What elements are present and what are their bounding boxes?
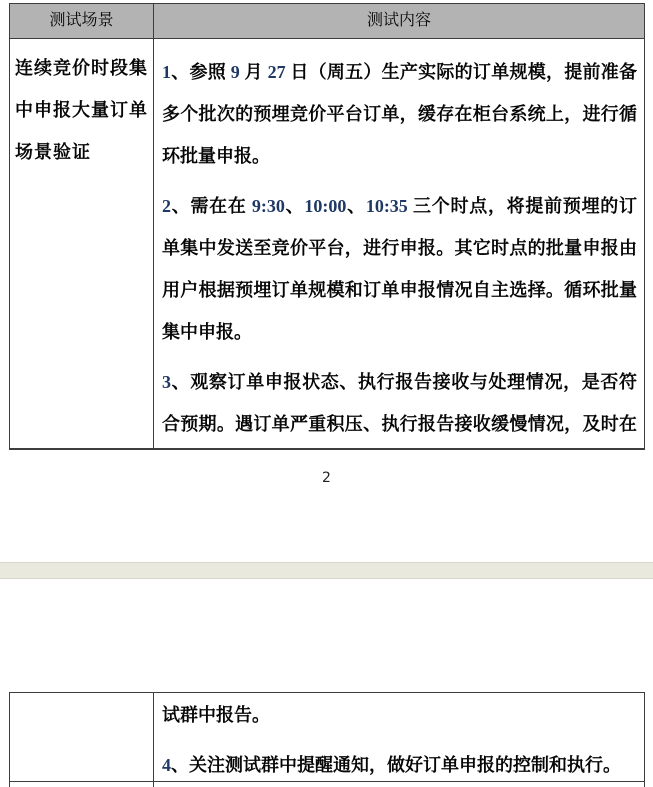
scenario-cell-empty bbox=[10, 693, 154, 781]
paragraph: 1、参照 9 月 27 日（周五）生产实际的订单规模，提前准备多个批次的预埋竞价… bbox=[162, 51, 637, 177]
numeral-text: 2 bbox=[162, 196, 171, 216]
scenario-cell: 连续竞价时段集中申报大量订单场景验证 bbox=[10, 39, 154, 448]
page-number: 2 bbox=[0, 470, 653, 486]
numeral-text: 1 bbox=[162, 62, 171, 82]
page-separator bbox=[0, 562, 653, 579]
next-table-row-stub bbox=[10, 782, 644, 787]
numeral-text: 3 bbox=[162, 372, 171, 392]
test-plan-table-continued: 试群中报告。4、关注测试群中提醒通知，做好订单申报的控制和执行。 bbox=[9, 692, 645, 787]
paragraph: 4、关注测试群中提醒通知，做好订单申报的控制和执行。 bbox=[162, 744, 637, 781]
content-cell: 1、参照 9 月 27 日（周五）生产实际的订单规模，提前准备多个批次的预埋竞价… bbox=[154, 39, 644, 448]
next-row-scenario-cell bbox=[10, 782, 154, 787]
numeral-text: 4 bbox=[162, 755, 171, 775]
numeral-text: 9:30 bbox=[252, 196, 285, 216]
content-cell-continued: 试群中报告。4、关注测试群中提醒通知，做好订单申报的控制和执行。 bbox=[154, 693, 644, 781]
table-row: 连续竞价时段集中申报大量订单场景验证 1、参照 9 月 27 日（周五）生产实际… bbox=[10, 39, 644, 448]
next-row-content-cell bbox=[154, 782, 644, 787]
numeral-text: 9 bbox=[231, 62, 240, 82]
test-plan-table: 测试场景 测试内容 连续竞价时段集中申报大量订单场景验证 1、参照 9 月 27… bbox=[9, 3, 645, 450]
column-header-content: 测试内容 bbox=[154, 4, 644, 38]
paragraph: 3、观察订单申报状态、执行报告接收与处理情况，是否符合预期。遇订单严重积压、执行… bbox=[162, 361, 637, 448]
table-row-continued: 试群中报告。4、关注测试群中提醒通知，做好订单申报的控制和执行。 bbox=[10, 693, 644, 782]
table-header-row: 测试场景 测试内容 bbox=[10, 4, 644, 39]
numeral-text: 10:00 bbox=[304, 196, 346, 216]
paragraph: 试群中报告。 bbox=[162, 694, 637, 736]
numeral-text: 27 bbox=[268, 62, 286, 82]
numeral-text: 10:35 bbox=[366, 196, 408, 216]
column-header-scenario: 测试场景 bbox=[10, 4, 154, 38]
paragraph: 2、需在在 9:30、10:00、10:35 三个时点，将提前预埋的订单集中发送… bbox=[162, 185, 637, 353]
